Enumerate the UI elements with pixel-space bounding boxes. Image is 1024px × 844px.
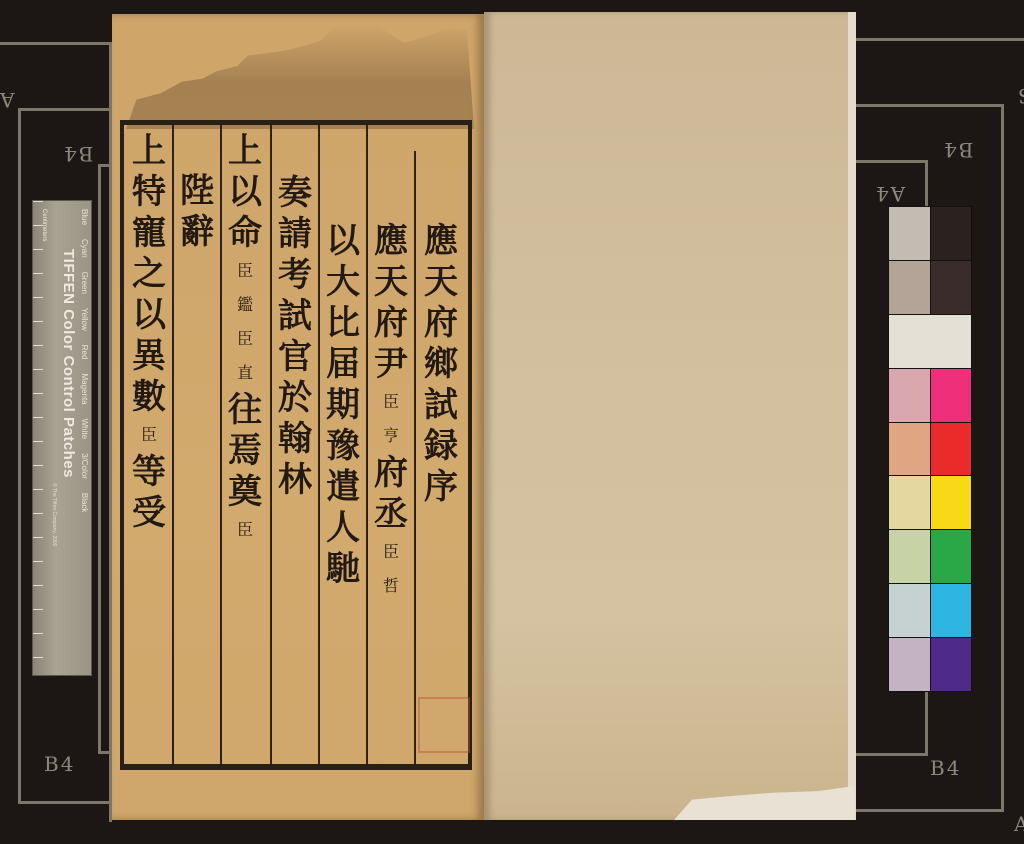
text-column-1: 應 天 府 尹 臣 亨 府 丞 臣 哲 [368, 221, 414, 603]
text-column-4: 上 以 命 臣 鑑 臣 直 往 焉 奠 臣 [222, 131, 268, 547]
patch-blue-pale [889, 638, 930, 691]
char-small: 亨 [383, 419, 399, 453]
right-page [484, 12, 856, 820]
char-small: 臣 [237, 513, 253, 547]
title-column: 應 天 府 鄉 試 録 序 [418, 221, 464, 508]
char: 往 [228, 390, 262, 431]
char: 寵 [132, 213, 166, 254]
char: 尹 [374, 344, 408, 385]
char: 試 [278, 296, 312, 337]
patch-neutral-light-right [931, 207, 972, 260]
ruler-color-labels: Blue Cyan Green Yellow Red Magenta White… [80, 201, 89, 512]
title-char: 録 [424, 426, 458, 467]
patch-green-pale [889, 530, 930, 583]
column-rule [414, 151, 416, 764]
ruler-label-green: Green [80, 272, 89, 294]
char: 受 [132, 493, 166, 534]
title-char: 府 [424, 303, 458, 344]
char: 以 [228, 172, 262, 213]
ruler-label-cyan: Cyan [80, 239, 89, 258]
patch-neutral-light-left [889, 207, 930, 260]
mat-label-b4-top-right: B4 [942, 138, 973, 162]
mat-frame-a-right [856, 38, 1024, 41]
mat-label-a4: A4 [874, 182, 905, 206]
title-char: 試 [424, 385, 458, 426]
char: 以 [326, 221, 360, 262]
ruler-label-white: White [80, 419, 89, 439]
char: 丞 [374, 494, 408, 535]
char: 請 [278, 214, 312, 255]
text-column-3: 奏 請 考 試 官 於 翰 林 [272, 173, 318, 501]
patch-magenta [931, 369, 972, 422]
tiffen-ruler: Blue Cyan Green Yellow Red Magenta White… [32, 200, 92, 676]
ruler-ticks [33, 201, 43, 675]
char: 於 [278, 378, 312, 419]
char: 陛 [180, 171, 214, 212]
title-char: 鄉 [424, 344, 458, 385]
char: 翰 [278, 419, 312, 460]
mat-frame-inner-left [98, 164, 112, 754]
char: 人 [326, 508, 360, 549]
mat-label-s: S [1016, 84, 1024, 108]
char-small: 哲 [383, 569, 399, 603]
patch-yellow-pale [889, 476, 930, 529]
char: 異 [132, 336, 166, 377]
left-page: 上 特 寵 之 以 異 數 臣 等 受 陛 辭 上 以 命 臣 鑑 臣 直 往 … [112, 14, 484, 820]
mat-label-b4-top-left: B4 [62, 142, 93, 166]
mat-label-a-bottom: A [1014, 812, 1024, 836]
char-small: 臣 [237, 322, 253, 356]
char: 奠 [228, 472, 262, 513]
char: 奏 [278, 173, 312, 214]
title-char: 天 [424, 262, 458, 303]
char: 上 [132, 131, 166, 172]
ruler-content: Blue Cyan Green Yellow Red Magenta White… [33, 201, 91, 675]
mat-label-b4-bottom-left: B4 [44, 752, 75, 776]
char: 考 [278, 255, 312, 296]
char: 上 [228, 131, 262, 172]
ruler-label-magenta: Magenta [80, 373, 89, 404]
patch-blue [931, 638, 972, 691]
char: 府 [374, 453, 408, 494]
ruler-label-blue: Blue [80, 209, 89, 225]
char: 林 [278, 460, 312, 501]
title-char: 序 [424, 467, 458, 508]
patch-neutral-mid-right [931, 261, 972, 314]
ruler-label-3color: 3/Color [80, 453, 89, 479]
char: 官 [278, 337, 312, 378]
patch-red [931, 423, 972, 476]
page-tear [674, 786, 854, 820]
ruler-label-black: Black [80, 493, 89, 513]
char: 之 [132, 254, 166, 295]
char: 大 [326, 262, 360, 303]
text-column-6: 上 特 寵 之 以 異 數 臣 等 受 [126, 131, 172, 534]
text-frame: 上 特 寵 之 以 異 數 臣 等 受 陛 辭 上 以 命 臣 鑑 臣 直 往 … [120, 120, 472, 770]
mat-label-b4-bottom-right: B4 [930, 756, 961, 780]
char-small: 臣 [383, 535, 399, 569]
char: 特 [132, 172, 166, 213]
char: 比 [326, 303, 360, 344]
char: 數 [132, 377, 166, 418]
char: 遣 [326, 467, 360, 508]
patch-red-pale [889, 423, 930, 476]
patch-yellow [931, 476, 972, 529]
mat-label-a: A [0, 88, 14, 112]
char: 天 [374, 262, 408, 303]
char: 馳 [326, 549, 360, 590]
ruler-brand: TIFFEN Color Control Patches [60, 249, 77, 478]
patch-cyan [931, 584, 972, 637]
ruler-label-yellow: Yellow [80, 308, 89, 331]
red-seal [418, 697, 470, 753]
char-small: 臣 [237, 254, 253, 288]
text-column-2: 以 大 比 届 期 豫 遣 人 馳 [320, 221, 366, 590]
char: 等 [132, 452, 166, 493]
char: 豫 [326, 426, 360, 467]
char: 府 [374, 303, 408, 344]
text-column-5: 陛 辭 [174, 171, 220, 253]
char: 届 [326, 344, 360, 385]
char-small: 臣 [383, 385, 399, 419]
water-stain [126, 24, 474, 129]
patch-magenta-pale [889, 369, 930, 422]
patch-cyan-pale [889, 584, 930, 637]
char-small: 鑑 [237, 288, 253, 322]
char: 命 [228, 213, 262, 254]
char: 以 [132, 295, 166, 336]
char: 辭 [180, 212, 214, 253]
char: 應 [374, 221, 408, 262]
char: 焉 [228, 431, 262, 472]
char: 期 [326, 385, 360, 426]
char-small: 臣 [141, 418, 157, 452]
ruler-label-red: Red [80, 345, 89, 360]
patch-green [931, 530, 972, 583]
char-small: 直 [237, 356, 253, 390]
page-edge [848, 12, 856, 820]
color-patches [888, 206, 972, 692]
ruler-copyright: © The Tiffen Company, 2000 [51, 483, 57, 546]
patch-white [889, 315, 971, 368]
title-char: 應 [424, 221, 458, 262]
patch-neutral-mid-left [889, 261, 930, 314]
